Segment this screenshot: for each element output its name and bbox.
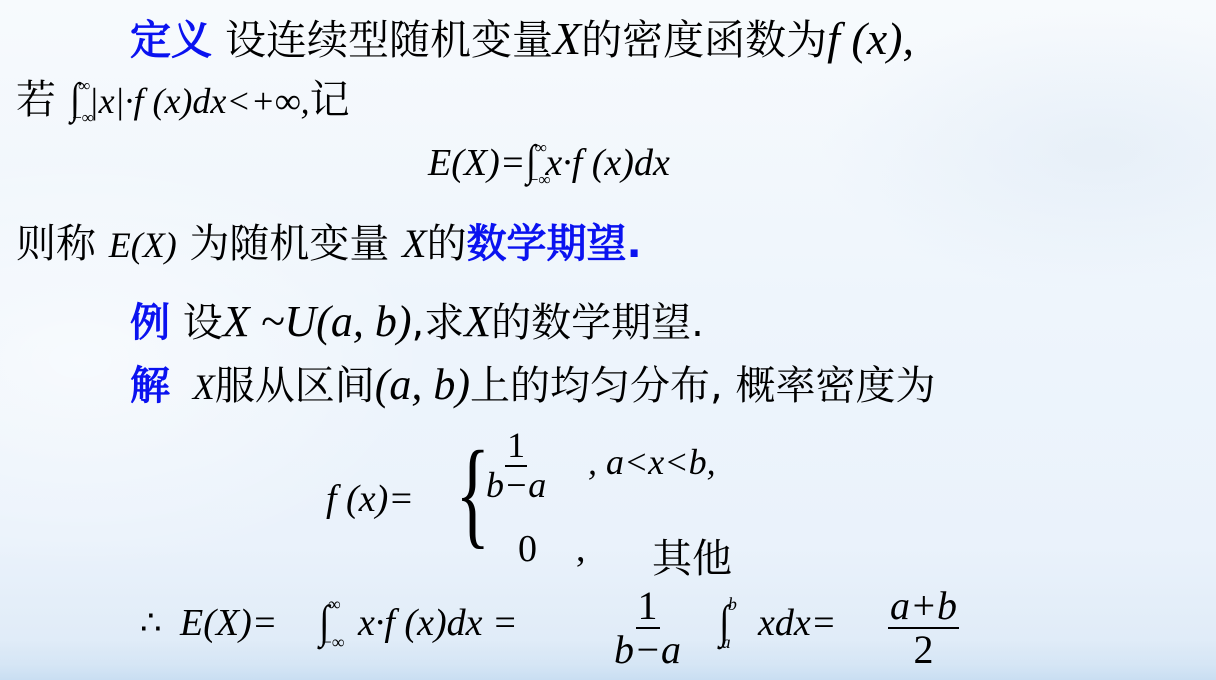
term-text: 为随机变量 [189,221,389,267]
var-x: X [553,13,581,64]
result-line: ∴ E(X)= ∫ ∞ −∞ x·f (x)dx = 1 b−a ∫ b a x… [140,585,1040,675]
example-text: 设 [183,300,223,346]
piecewise-pdf: f (x)= { 1 b−a , a<x<b, 0 , 其他 [326,425,786,575]
coefficient-fraction: 1 b−a [614,585,681,671]
var-x: X [193,367,215,407]
term-text-2: 的 [427,221,467,267]
case1-condition: , a<x<b, [588,441,716,483]
case1-fraction: 1 b−a [486,427,546,505]
integral-sign-ab: ∫ b a [718,595,731,648]
therefore-symbol: ∴ [140,603,162,643]
result-integrand: x·f (x)dx = [358,601,518,645]
interval-expr: (a, b) [375,360,470,409]
result-lhs: E(X)= [180,601,277,645]
solution-keyword: 解 [130,363,170,409]
solution-text-2: 上的均匀分布, 概率密度为 [470,363,935,409]
term-prefix: 则称 [16,221,96,267]
definition-keyword: 定义 [130,16,212,64]
example-line: 例 设X ~U(a, b),求X的数学期望. [130,300,704,344]
integral-lower-limit: −∞ [72,109,94,126]
var-x: X [402,221,426,266]
formula-integrand: x·f (x)dx [545,142,669,184]
condition-integrand: |x|·f (x)dx<+∞, [89,81,310,121]
definition-line-4: 则称 E(X) 为随机变量 X的数学期望. [16,224,642,264]
formula-lhs: E(X)= [428,142,525,184]
integral-sign: ∫ ∞ −∞ [318,595,331,648]
final-fraction: a+b 2 [888,585,959,671]
definition-line-1: 定义 设连续型随机变量X的密度函数为f (x), [130,16,914,62]
example-keyword: 例 [130,300,170,346]
var-x: X [464,297,491,346]
term-highlight: 数学期望. [467,221,642,267]
pdf-lhs: f (x)= [326,477,414,521]
density-function: f (x), [827,13,914,64]
expectation-expr: E(X) [109,225,177,265]
case2-condition: 其他 [652,527,732,584]
integral-sign: ∫ ∞ −∞ [525,140,537,184]
example-text-3: 的数学期望. [491,300,704,346]
definition-text-2: 的密度函数为 [581,16,827,64]
integral-upper-limit: ∞ [78,77,90,94]
case2-value: 0 [518,527,537,571]
condition-prefix: 若 [16,77,56,123]
condition-suffix: 记 [310,77,350,123]
solution-line: 解 X服从区间(a, b)上的均匀分布, 概率密度为 [130,363,935,407]
definition-text: 设连续型随机变量 [225,16,553,64]
brace: { [456,433,491,553]
example-text-2: ,求 [411,300,464,346]
case2-separator: , [576,527,586,571]
solution-text: 服从区间 [215,363,375,409]
integral-sign: ∫ ∞ −∞ [69,78,81,122]
definition-line-2: 若 ∫ ∞ −∞ |x|·f (x)dx<+∞,记 [16,78,350,122]
integral-ab-integrand: xdx= [758,601,836,645]
uniform-expr: X ~U(a, b) [223,297,412,346]
expectation-formula: E(X)= ∫ ∞ −∞ x·f (x)dx [428,140,670,184]
